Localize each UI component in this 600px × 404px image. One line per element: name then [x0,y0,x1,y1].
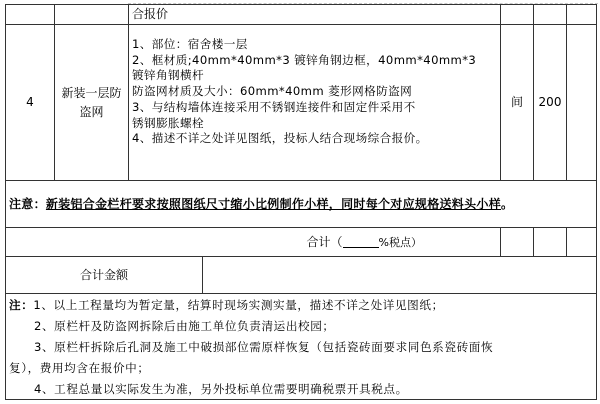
item-unit: 间 [500,24,534,181]
description-line: 镀锌角钢横杆 [132,68,498,84]
attention-text: 新装铝合金栏杆要求按照图纸尺寸缩小比例制作小样，同时每个对应规格送料头小样 [46,197,501,212]
grand-total-label-cell: 合计金额 [5,256,203,294]
note-item: 复），费用均含在报价中； [9,358,593,379]
item-description: 1、部位：宿舍楼一层 2、框材质;40mm*40mm*3 镀锌角钢边框，40mm… [128,24,501,181]
item-unit-price [566,24,597,181]
attention-note: 注意：新装铝合金栏杆要求按照图纸尺寸缩小比例制作小样，同时每个对应规格送料头小样… [5,180,597,228]
description-line: 4、描述不详之处详见图纸，投标人结合现场综合报价。 [132,131,498,147]
item-quantity-text: 200 [539,95,562,110]
cell-name-prev [54,4,129,25]
description-line: 1、部位：宿舍楼一层 [132,37,498,53]
cell-description-prev: 合报价 [128,4,501,25]
item-quantity: 200 [533,24,567,181]
cell-price-prev [566,4,597,25]
attention-end: 。 [501,197,513,212]
note-item: 4、工程总量以实际发生为准，另外投标单位需要明确税票开具税点。 [9,379,593,400]
subtotal-label-cell: 合计（%税点） [5,227,501,257]
notes-section: 注：1、以上工程量均为暂定量，结算时现场实测实量，描述不详之处详见图纸； 2、原… [5,293,597,400]
cell-unit-prev [500,4,534,25]
description-tail: 合报价 [132,7,168,21]
cell-quantity-prev [533,4,567,25]
subtotal-label-prefix: 合计（ [307,235,343,250]
description-line: 3、与结构墙体连接采用不锈钢连接件和固定件采用不 [132,100,498,116]
grand-total-value [202,256,597,294]
note-item: 1、以上工程量均为暂定量，结算时现场实测实量，描述不详之处详见图纸； [33,298,443,312]
subtotal-quantity [533,227,567,257]
note-item: 3、原栏杆拆除后孔洞及施工中破损部位需原样恢复（包括瓷砖面要求同色系瓷砖面恢 [9,337,593,358]
item-unit-text: 间 [511,95,523,110]
item-index: 4 [5,24,55,181]
tax-rate-blank[interactable] [343,236,379,248]
subtotal-unit [500,227,534,257]
item-name-line2: 盗网 [79,105,103,120]
notes-label: 注： [9,298,33,312]
attention-label: 注意： [9,197,46,212]
subtotal-price [566,227,597,257]
note-item: 2、原栏杆及防盗网拆除后由施工单位负责清运出校园； [9,316,593,337]
grand-total-label: 合计金额 [80,268,128,283]
quotation-table: 合报价 4 新装一层防 盗网 1、部位：宿舍楼一层 2、框材质;40mm*40m… [0,0,600,404]
cell-index-prev [5,4,55,25]
item-name: 新装一层防 盗网 [54,24,129,181]
item-index-text: 4 [26,95,34,110]
description-line: 锈钢膨胀螺栓 [132,116,498,132]
description-line: 防盗网材质及大小：60mm*40mm 菱形网格防盗网 [132,84,498,100]
description-line: 2、框材质;40mm*40mm*3 镀锌角钢边框，40mm*40mm*3 [132,53,498,69]
item-name-line1: 新装一层防 [61,86,121,101]
subtotal-label-suffix: %税点） [379,235,422,250]
